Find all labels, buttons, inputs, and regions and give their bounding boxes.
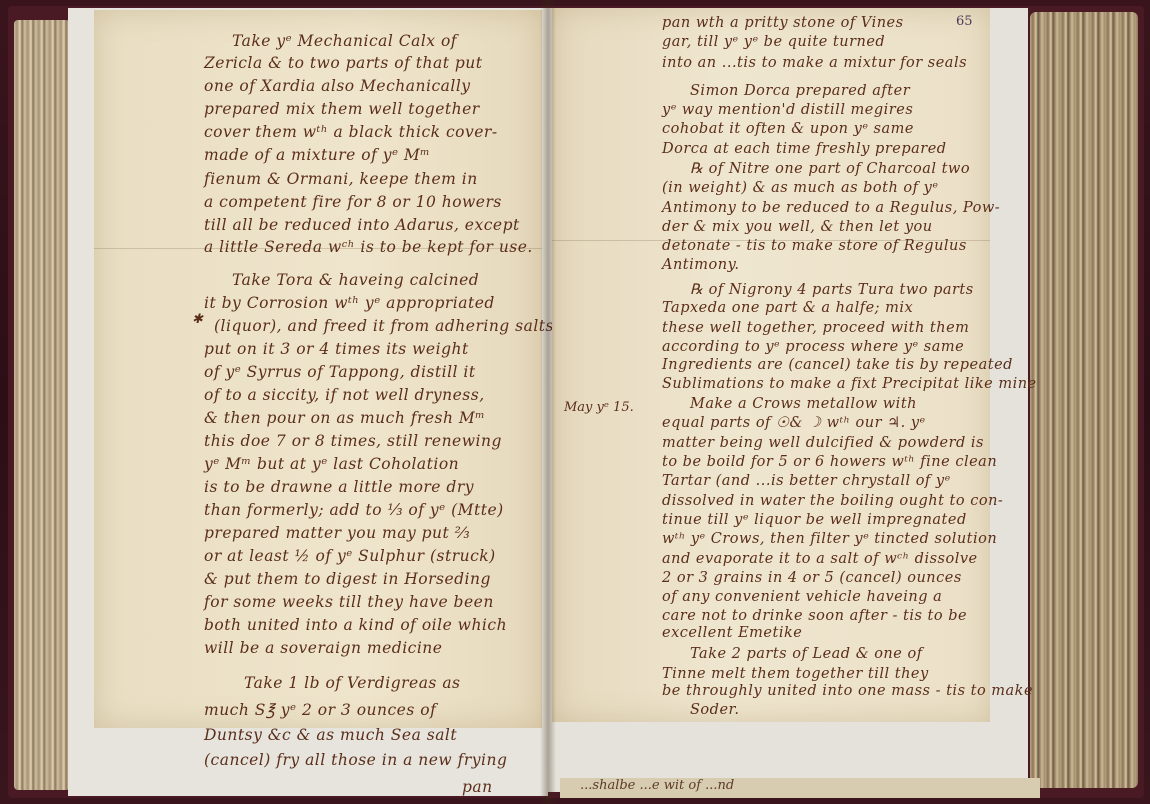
- manuscript-line: dissolved in water the boiling ought to …: [662, 493, 1003, 509]
- manuscript-line: (cancel) fry all those in a new frying: [204, 751, 507, 769]
- manuscript-line: care not to drinke soon after - tis to b…: [662, 608, 967, 624]
- manuscript-line: made of a mixture of yᵉ Mᵐ: [204, 146, 430, 164]
- manuscript-line: than formerly; add to ⅓ of yᵉ (Mtte): [204, 501, 504, 519]
- manuscript-line: Zericla & to two parts of that put: [204, 54, 483, 72]
- manuscript-line: cohobat it often & upon yᵉ same: [662, 121, 914, 137]
- manuscript-line: tinue till yᵉ liquor be well impregnated: [662, 512, 967, 528]
- manuscript-line: fienum & Ormani, keepe them in: [204, 170, 478, 188]
- left-manuscript-page: Take yᵉ Mechanical Calx ofZericla & to t…: [94, 10, 542, 728]
- manuscript-line: prepared mix them well together: [204, 100, 480, 118]
- manuscript-line: (in weight) & as much as both of yᵉ: [662, 180, 938, 196]
- folio-number: 65: [956, 14, 973, 29]
- manuscript-line: for some weeks till they have been: [204, 593, 494, 611]
- manuscript-line: prepared matter you may put ⅔: [204, 524, 470, 542]
- manuscript-line: equal parts of ☉& ☽ wᵗʰ our ♃. yᵉ: [662, 415, 926, 431]
- manuscript-line: cover them wᵗʰ a black thick cover-: [204, 123, 498, 141]
- manuscript-line: Duntsy &c & as much Sea salt: [204, 726, 457, 744]
- manuscript-line: Make a Crows metallow with: [690, 396, 917, 412]
- manuscript-line: matter being well dulcified & powderd is: [662, 435, 984, 451]
- manuscript-line: it by Corrosion wᵗʰ yᵉ appropriated: [204, 294, 495, 312]
- manuscript-line: is to be drawne a little more dry: [204, 478, 474, 496]
- manuscript-line: Take 2 parts of Lead & one of: [690, 646, 923, 662]
- manuscript-line: detonate - tis to make store of Regulus: [662, 238, 967, 254]
- manuscript-line: be throughly united into one mass - tis …: [662, 683, 1033, 699]
- manuscript-line: gar, till yᵉ yᵉ be quite turned: [662, 34, 885, 50]
- manuscript-line: yᵉ way mention'd distill megires: [662, 102, 913, 118]
- manuscript-line: (liquor), and freed it from adhering sal…: [214, 317, 554, 335]
- manuscript-line: these well together, proceed with them: [662, 320, 969, 336]
- manuscript-line: Take Tora & haveing calcined: [232, 271, 479, 289]
- right-manuscript-page: pan wth a pritty stone of Vinesgar, till…: [552, 8, 990, 722]
- manuscript-line: Tinne melt them together till they: [662, 666, 929, 682]
- margin-asterisk: ✱: [192, 312, 203, 327]
- manuscript-line: pan wth a pritty stone of Vines: [662, 15, 904, 31]
- manuscript-line: one of Xardia also Mechanically: [204, 77, 471, 95]
- manuscript-line: this doe 7 or 8 times, still renewing: [204, 432, 502, 450]
- manuscript-line: both united into a kind of oile which: [204, 616, 507, 634]
- manuscript-line: wᵗʰ yᵉ Crows, then filter yᵉ tincted sol…: [662, 531, 997, 547]
- left-page-edges: [14, 20, 70, 790]
- book-spine-gutter: [540, 0, 556, 804]
- manuscript-line: or at least ½ of yᵉ Sulphur (struck): [204, 547, 496, 565]
- manuscript-line: Simon Dorca prepared after: [690, 83, 910, 99]
- manuscript-line: till all be reduced into Adarus, except: [204, 216, 520, 234]
- manuscript-line: into an ...tis to make a mixtur for seal…: [662, 55, 967, 71]
- manuscript-line: of any convenient vehicle haveing a: [662, 589, 942, 605]
- manuscript-line: and evaporate it to a salt of wᶜʰ dissol…: [662, 551, 978, 567]
- manuscript-line: according to yᵉ process where yᵉ same: [662, 339, 964, 355]
- manuscript-line: Take 1 lb of Verdigreas as: [244, 674, 461, 692]
- manuscript-line: Sublimations to make a fixt Precipitat l…: [662, 376, 1037, 392]
- manuscript-line: excellent Emetike: [662, 625, 802, 641]
- manuscript-line: much S℥ yᵉ 2 or 3 ounces of: [204, 701, 436, 719]
- manuscript-line: of yᵉ Syrrus of Tappong, distill it: [204, 363, 476, 381]
- manuscript-line: Dorca at each time freshly prepared: [662, 141, 947, 157]
- manuscript-line: & put them to digest in Horseding: [204, 570, 491, 588]
- manuscript-line: ℞ of Nigrony 4 parts Tura two parts: [690, 282, 974, 298]
- manuscript-line: to be boild for 5 or 6 howers wᵗʰ fine c…: [662, 454, 997, 470]
- manuscript-line: ℞ of Nitre one part of Charcoal two: [690, 161, 970, 177]
- manuscript-line: a little Sereda wᶜʰ is to be kept for us…: [204, 238, 533, 256]
- right-page-edges: [1030, 12, 1138, 788]
- manuscript-line: Antimony to be reduced to a Regulus, Pow…: [662, 200, 1000, 216]
- manuscript-line: pan: [462, 778, 493, 796]
- manuscript-line: Antimony.: [662, 257, 739, 273]
- manuscript-line: der & mix you well, & then let you: [662, 219, 933, 235]
- manuscript-line: Tartar (and ...is better chrystall of yᵉ: [662, 473, 951, 489]
- manuscript-line: Soder.: [690, 702, 739, 718]
- manuscript-line: 2 or 3 grains in 4 or 5 (cancel) ounces: [662, 570, 962, 586]
- manuscript-line: Ingredients are (cancel) take tis by rep…: [662, 357, 1013, 373]
- underlying-page-strip: ...shalbe ...e wit of ...nd: [560, 778, 1040, 798]
- underlying-page-text: ...shalbe ...e wit of ...nd: [580, 778, 734, 793]
- manuscript-line: of to a siccity, if not well dryness,: [204, 386, 485, 404]
- manuscript-line: yᵉ Mᵐ but at yᵉ last Coholation: [204, 455, 459, 473]
- manuscript-line: a competent fire for 8 or 10 howers: [204, 193, 502, 211]
- margin-date-note: May yᵉ 15.: [564, 400, 634, 415]
- manuscript-line: & then pour on as much fresh Mᵐ: [204, 409, 485, 427]
- manuscript-line: Take yᵉ Mechanical Calx of: [232, 32, 457, 50]
- manuscript-line: will be a soveraign medicine: [204, 639, 442, 657]
- manuscript-line: put on it 3 or 4 times its weight: [204, 340, 469, 358]
- manuscript-line: Tapxeda one part & a halfe; mix: [662, 300, 913, 316]
